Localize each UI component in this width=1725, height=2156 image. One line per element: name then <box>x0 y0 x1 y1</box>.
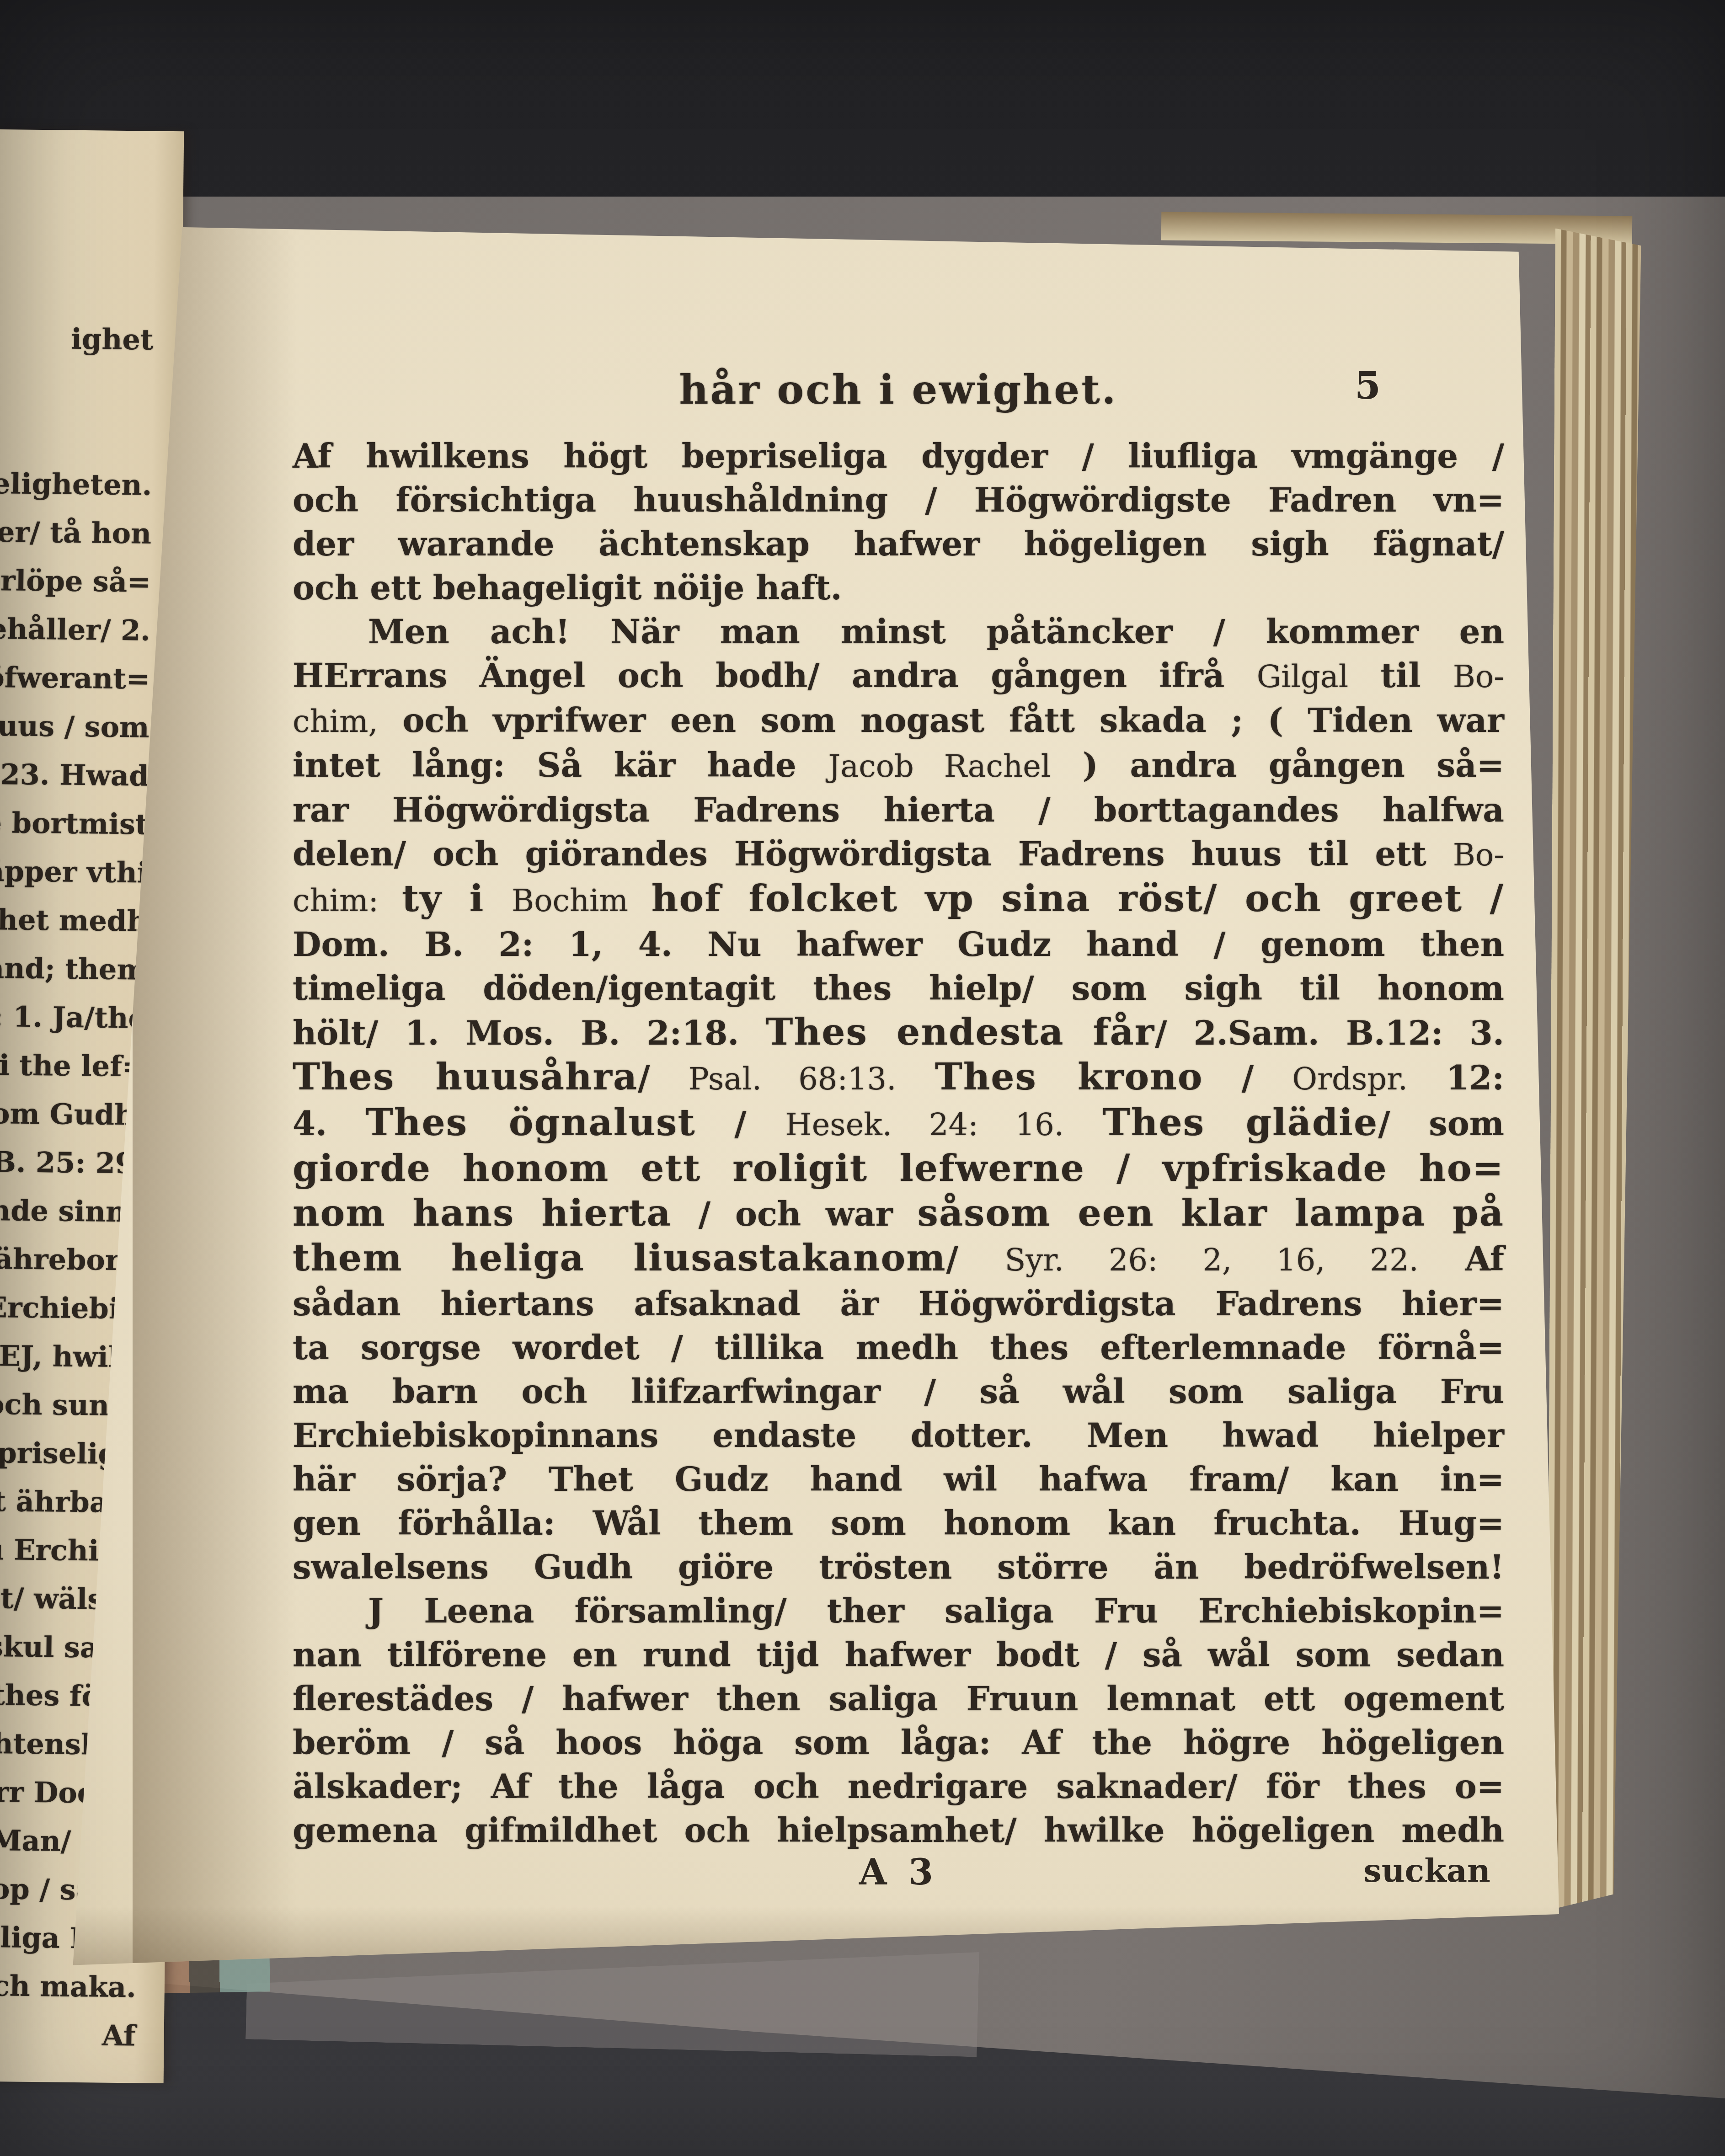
roman-text-segment: chim: <box>293 883 402 918</box>
left-page-text-line: om sinom Gudh/ <box>0 1087 145 1140</box>
text-line: HErrans Ängel och bodh/ andra gången ifr… <box>293 654 1504 699</box>
signature-mark: A 3 <box>293 1852 1504 1893</box>
left-page-text-line: Wish. 3: 1. Ja/the <box>0 990 147 1043</box>
page-number: 5 <box>1355 364 1381 408</box>
text-line: timeliga döden/igentagit thes hielp/ som… <box>293 966 1504 1010</box>
left-page-text-line: eet/ at tu öfwerant= <box>0 651 150 704</box>
fraktur-text-segment: til <box>1348 656 1453 695</box>
fraktur-text-segment: nan tilförene en rund tijd hafwer bodt /… <box>293 1635 1504 1674</box>
left-page-text-line: ighet <box>0 312 154 364</box>
text-line: Erchiebiskopinnans endaste dotter. Men h… <box>293 1414 1504 1457</box>
left-page-text-line: Altså är thet medh <box>0 893 148 946</box>
emphasis-text-segment: Thes endesta får <box>766 1010 1155 1054</box>
fraktur-text-segment: hölt/ 1. Mos. B. 2:18. <box>293 1014 766 1052</box>
emphasis-text-segment: Thes ögnalust <box>366 1101 696 1144</box>
fraktur-text-segment: beröm / så hoos höga som låga: Af the hö… <box>293 1723 1504 1762</box>
fraktur-text-segment: / som <box>1378 1104 1504 1143</box>
text-line: chim, och vprifwer een som nogast fått s… <box>293 699 1504 743</box>
left-page-text-line: thet är icke bortmist <box>0 796 149 849</box>
fraktur-text-segment: ta sorgse wordet / tillika medh thes eft… <box>293 1328 1504 1367</box>
emphasis-text-segment: Thes krono <box>935 1055 1203 1099</box>
fraktur-text-segment <box>1064 1104 1103 1143</box>
fraktur-text-segment: / och war <box>699 1195 918 1233</box>
fraktur-text-segment: Erchiebiskopinnans endaste dotter. Men h… <box>293 1416 1504 1455</box>
left-page-text-line: cap. 30: 23. Hwad <box>0 748 149 800</box>
roman-text-segment: Hesek. 24: 16. <box>785 1107 1064 1142</box>
roman-text-segment: Psal. 68:13. <box>689 1061 897 1097</box>
fraktur-text-segment: och försichtiga huushåldning / Högwördig… <box>293 480 1504 519</box>
fraktur-text-segment: timeliga döden/igentagit thes hielp/ som… <box>293 969 1504 1008</box>
fraktur-text-segment: 4. <box>293 1104 366 1143</box>
text-line: them heliga liusastakanom/ Syr. 26: 2, 1… <box>293 1236 1504 1282</box>
fraktur-text-segment: J Leena församling/ ther saliga Fru Erch… <box>368 1591 1504 1630</box>
fraktur-text-segment: Dom. B. 2: 1, 4. Nu hafwer Gudz hand / g… <box>293 925 1504 964</box>
emphasis-text-segment: ty i <box>402 877 512 920</box>
emphasis-text-segment: Thes glädie <box>1103 1101 1378 1144</box>
emphasis-text-segment: giorde honom ett roligit lefwerne / vpfr… <box>293 1147 1504 1190</box>
text-line: Men ach! När man minst påtäncker / komme… <box>293 610 1504 654</box>
left-page-text-line: Af <box>0 2007 136 2060</box>
text-line: swalelsens Gudh giöre trösten större än … <box>293 1545 1504 1589</box>
fraktur-text-segment: / <box>696 1104 785 1143</box>
text-line: ma barn och liifzarfwingar / så wål som … <box>293 1370 1504 1414</box>
text-line: Af hwilkens högt bepriseliga dygder / li… <box>293 434 1504 478</box>
text-line: chim: ty i Bochim hof folcket vp sina rö… <box>293 877 1504 923</box>
text-line: beröm / så hoos höga som låga: Af the hö… <box>293 1721 1504 1765</box>
roman-text-segment: Bo- <box>1453 659 1504 694</box>
text-line: sådan hiertans afsaknad är Högwördigsta … <box>293 1282 1504 1326</box>
fraktur-text-segment: Af hwilkens högt bepriseliga dygder / li… <box>293 437 1504 475</box>
emphasis-text-segment: såsom een klar lampa på <box>917 1191 1504 1235</box>
running-header: hår och i ewighet. <box>293 366 1504 413</box>
fraktur-text-segment: här sörja? Thet Gudz hand wil hafwa fram… <box>293 1460 1504 1499</box>
left-page-text-line: r thet huus / som <box>0 699 150 752</box>
left-page-text-line: er och inknäpper vthi <box>0 845 148 897</box>
text-line: gemena gifmildhet och hielpsamhet/ hwilk… <box>293 1809 1504 1852</box>
fraktur-text-segment: gen förhålla: Wål them som honom kan fru… <box>293 1504 1504 1542</box>
fraktur-text-segment: ma barn och liifzarfwingar / så wål som … <box>293 1372 1504 1411</box>
emphasis-text-segment: nom hans hierta <box>293 1191 699 1235</box>
text-line: 4. Thes ögnalust / Hesek. 24: 16. Thes g… <box>293 1101 1504 1147</box>
roman-text-segment: Gilgal <box>1257 659 1349 694</box>
fraktur-text-segment: der warande ächtenskap hafwer högeligen … <box>293 524 1504 563</box>
running-header-row: hår och i ewighet. 5 <box>293 366 1504 413</box>
fraktur-text-segment: och vprifwer een som nogast fått skada ;… <box>378 701 1504 740</box>
fraktur-text-segment: / <box>638 1058 688 1097</box>
right-page-lines: Af hwilkens högt bepriseliga dygder / li… <box>293 434 1504 1852</box>
text-line: och försichtiga huushåldning / Högwördig… <box>293 478 1504 522</box>
left-page-text-line: icke vppehåller/ 2. <box>0 603 150 655</box>
roman-text-segment: Jacob Rachel <box>828 748 1051 784</box>
emphasis-text-segment: hof folcket vp sina röst/ och greet / <box>652 877 1504 920</box>
text-line: gen förhålla: Wål them som honom kan fru… <box>293 1501 1504 1545</box>
roman-text-segment: Ordspr. <box>1292 1061 1408 1097</box>
fraktur-text-segment: sådan hiertans afsaknad är Högwördigsta … <box>293 1284 1504 1323</box>
left-page-text-line: wän och maka. <box>0 1959 136 2012</box>
fraktur-text-segment: och ett behageligit nöije haft. <box>293 568 842 607</box>
roman-text-segment: Bo- <box>1453 837 1504 873</box>
fraktur-text-segment: ) andra gången så= <box>1051 746 1504 784</box>
text-line: flerestädes / hafwer then saliga Fruun l… <box>293 1677 1504 1721</box>
text-line: J Leena församling/ ther saliga Fru Erch… <box>293 1589 1504 1633</box>
text-line: Thes huusåhra/ Psal. 68:13. Thes krono /… <box>293 1055 1504 1101</box>
left-page-text-line: n / och förlöpe så= <box>0 554 151 607</box>
fraktur-text-segment: flerestädes / hafwer then saliga Fruun l… <box>293 1679 1504 1718</box>
fraktur-text-segment: rar Högwördigsta Fadrens hierta / bortta… <box>293 790 1504 829</box>
text-line: älskader; Af the låga och nedrigare sakn… <box>293 1765 1504 1809</box>
catchword: suckan <box>1363 1852 1490 1889</box>
fraktur-text-segment: HErrans Ängel och bodh/ andra gången ifr… <box>293 656 1257 695</box>
roman-text-segment: Syr. 26: 2, 16, 22. <box>1004 1242 1418 1278</box>
fraktur-text-segment: Af <box>1419 1239 1504 1278</box>
fraktur-text-segment: / <box>946 1239 1005 1278</box>
fraktur-text-segment: intet lång: Så kär hade <box>293 746 828 784</box>
fraktur-text-segment: swalelsens Gudh giöre trösten större än … <box>293 1548 1504 1586</box>
text-line: rar Högwördigsta Fadrens hierta / bortta… <box>293 788 1504 832</box>
text-line: giorde honom ett roligit lefwerne / vpfr… <box>293 1147 1504 1191</box>
left-page-text-line: koa erkänner/ tå hon <box>0 506 152 558</box>
fraktur-text-segment: gemena gifmildhet och hielpsamhet/ hwilk… <box>293 1811 1504 1850</box>
left-page-text-line <box>0 409 153 461</box>
fraktur-text-segment: delen/ och giörandes Högwördigsta Fadren… <box>293 834 1453 873</box>
book-photo-scene: ighet gare än dödeligheten.koa erkänner/… <box>0 0 1725 2156</box>
roman-text-segment: chim, <box>293 704 378 739</box>
left-page-text-line: Gudz hand; them <box>0 942 147 994</box>
text-line: delen/ och giörandes Högwördigsta Fadren… <box>293 832 1504 877</box>
left-page-text-line <box>0 360 153 413</box>
text-line: intet lång: Så kär hade Jacob Rachel ) a… <box>293 743 1504 788</box>
text-line: Dom. B. 2: 1, 4. Nu hafwer Gudz hand / g… <box>293 923 1504 966</box>
fraktur-text-segment: älskader; Af the låga och nedrigare sakn… <box>293 1767 1504 1806</box>
book-page: hår och i ewighet. 5 Af hwilkens högt be… <box>64 215 1559 1970</box>
fraktur-text-segment: Men ach! När man minst påtäncker / komme… <box>368 612 1504 651</box>
text-line: ta sorgse wordet / tillika medh thes eft… <box>293 1326 1504 1370</box>
fraktur-text-segment: / 2.Sam. B.12: 3. <box>1155 1014 1504 1052</box>
fraktur-text-segment: / <box>1203 1058 1292 1097</box>
fraktur-text-segment: 12: <box>1408 1058 1504 1097</box>
emphasis-text-segment: Thes huusåhra <box>293 1055 638 1099</box>
text-line: här sörja? Thet Gudz hand wil hafwa fram… <box>293 1457 1504 1501</box>
text-line: nom hans hierta / och war såsom een klar… <box>293 1191 1504 1236</box>
text-line: der warande ächtenskap hafwer högeligen … <box>293 522 1504 566</box>
roman-text-segment: Bochim <box>512 883 652 918</box>
left-page-text-line: dne vthi the lef= <box>0 1039 146 1091</box>
fraktur-text-segment <box>897 1058 935 1097</box>
page-footer: A 3 suckan <box>293 1852 1504 1906</box>
text-line: hölt/ 1. Mos. B. 2:18. Thes endesta får/… <box>293 1010 1504 1055</box>
text-line: och ett behageligit nöije haft. <box>293 566 1504 610</box>
emphasis-text-segment: them heliga liusastakanom <box>293 1236 946 1280</box>
text-line: nan tilförene en rund tijd hafwer bodt /… <box>293 1633 1504 1677</box>
left-page-text-line: gare än dödeligheten. <box>0 457 152 510</box>
